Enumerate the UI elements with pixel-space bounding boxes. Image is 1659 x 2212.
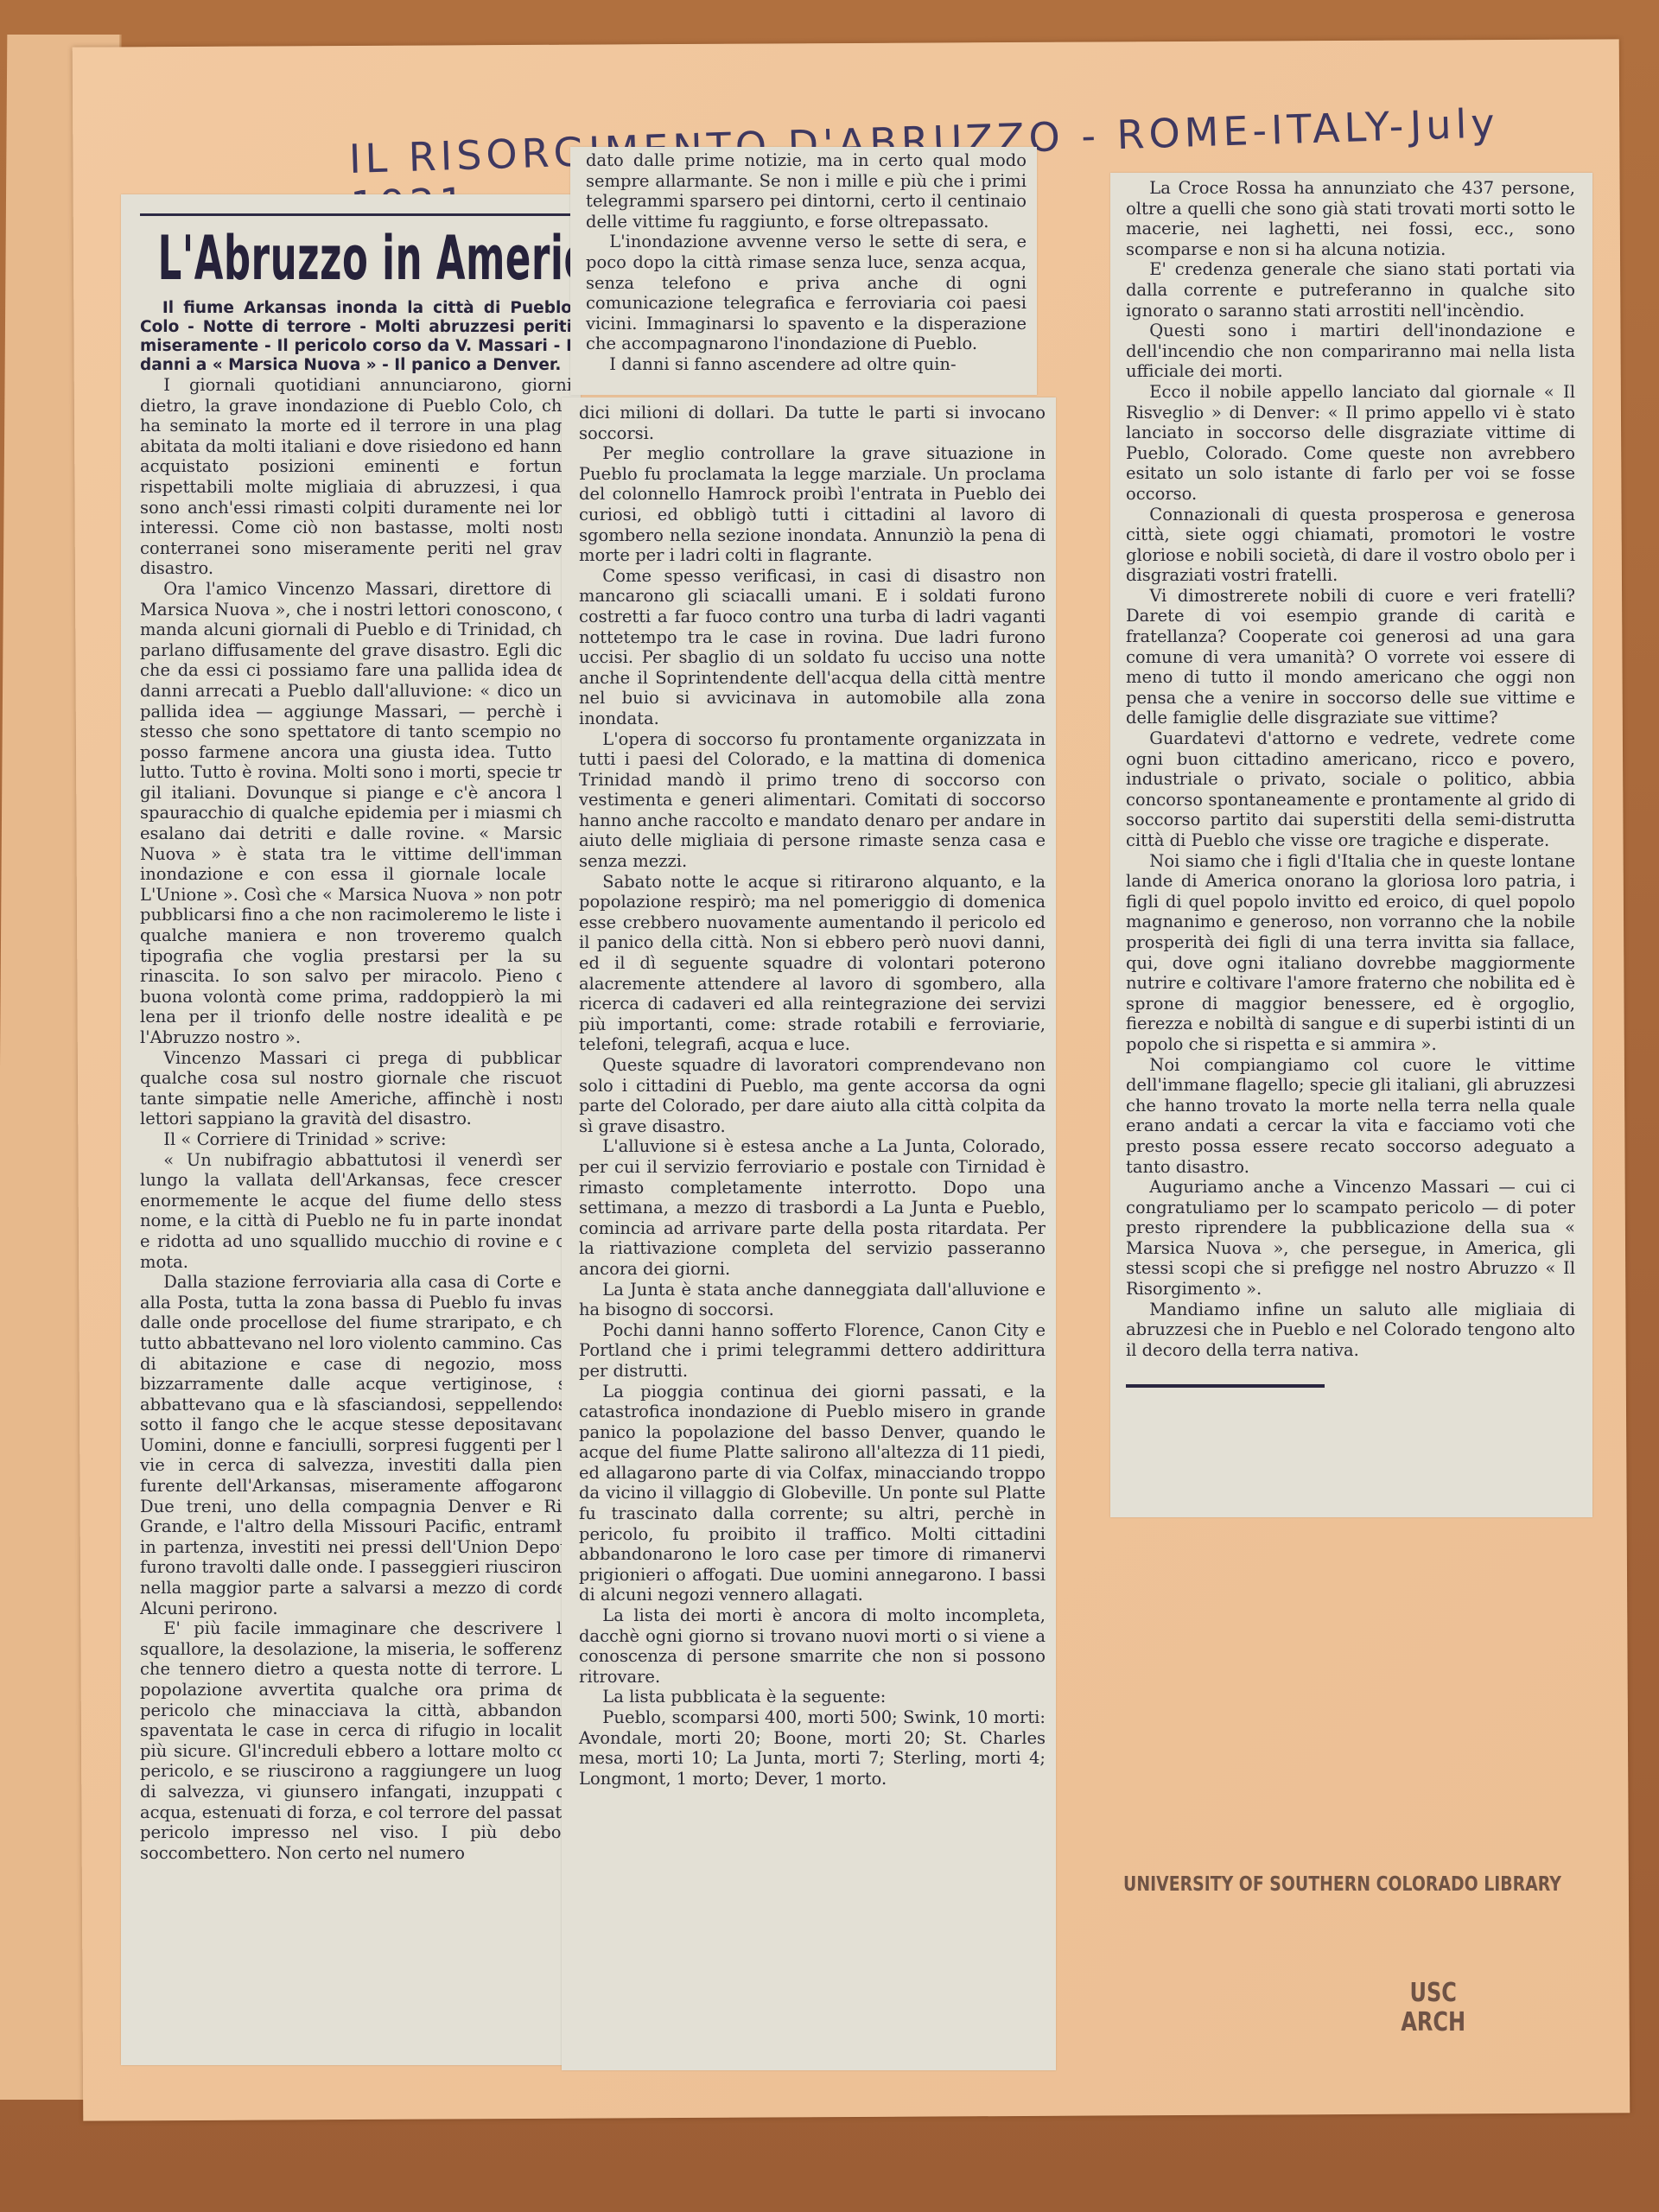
paragraph: Questi sono i martiri dell'inondazione e… bbox=[1126, 321, 1575, 382]
paragraph: Pueblo, scomparsi 400, morti 500; Swink,… bbox=[579, 1707, 1046, 1789]
paragraph: Noi siamo che i figli d'Italia che in qu… bbox=[1126, 851, 1575, 1055]
column-3-body: La Croce Rossa ha annunziato che 437 per… bbox=[1126, 178, 1575, 1360]
article-subhead: Il fiume Arkansas inonda la città di Pue… bbox=[140, 299, 572, 375]
paragraph: L'opera di soccorso fu prontamente organ… bbox=[579, 729, 1046, 872]
archive-stamp-line-2: ARCH bbox=[1401, 2008, 1465, 2037]
paragraph: dato dalle prime notizie, ma in certo qu… bbox=[586, 150, 1027, 232]
column-1-body: I giornali quotidiani annunciarono, gior… bbox=[140, 375, 572, 1863]
paragraph: Dalla stazione ferroviaria alla casa di … bbox=[140, 1272, 572, 1618]
paragraph: La Junta è stata anche danneggiata dall'… bbox=[579, 1280, 1046, 1320]
header-rule bbox=[140, 213, 572, 216]
paragraph: I giornali quotidiani annunciarono, gior… bbox=[140, 375, 572, 579]
paragraph: « Un nubifragio abbattutosi il venerdì s… bbox=[140, 1150, 572, 1273]
article-headline: L'Abruzzo in America bbox=[158, 223, 555, 294]
paragraph: Ecco il nobile appello lanciato dal gior… bbox=[1126, 382, 1575, 505]
article-end-rule bbox=[1126, 1384, 1325, 1388]
paragraph: L'inondazione avvenne verso le sette di … bbox=[586, 232, 1027, 354]
paragraph: Guardatevi d'attorno e vedrete, vedrete … bbox=[1126, 728, 1575, 851]
paragraph: L'alluvione si è estesa anche a La Junta… bbox=[579, 1136, 1046, 1279]
paragraph: Ora l'amico Vincenzo Massari, direttore … bbox=[140, 579, 572, 1048]
paragraph: Queste squadre di lavoratori comprendeva… bbox=[579, 1055, 1046, 1136]
paragraph: dici milioni di dollari. Da tutte le par… bbox=[579, 403, 1046, 443]
column-2-top-body: dato dalle prime notizie, ma in certo qu… bbox=[586, 150, 1027, 375]
archive-stamp-line-1: USC bbox=[1401, 1979, 1465, 2008]
paragraph: Mandiamo infine un saluto alle migliaia … bbox=[1126, 1300, 1575, 1361]
paragraph: Noi compiangiamo col cuore le vittime de… bbox=[1126, 1055, 1575, 1178]
paragraph: Sabato notte le acque si ritirarono alqu… bbox=[579, 872, 1046, 1055]
paragraph: Pochi danni hanno sofferto Florence, Can… bbox=[579, 1320, 1046, 1382]
paragraph: Il « Corriere di Trinidad » scrive: bbox=[140, 1129, 572, 1150]
paragraph: La lista pubblicata è la seguente: bbox=[579, 1687, 1046, 1707]
column-2-bottom-body: dici milioni di dollari. Da tutte le par… bbox=[579, 403, 1046, 1789]
paragraph: La pioggia continua dei giorni passati, … bbox=[579, 1382, 1046, 1606]
archive-stamp: USC ARCH bbox=[1401, 1979, 1465, 2037]
paragraph: Auguriamo anche a Vincenzo Massari — cui… bbox=[1126, 1177, 1575, 1300]
paragraph: Per meglio controllare la grave situazio… bbox=[579, 443, 1046, 566]
paragraph: E' credenza generale che siano stati por… bbox=[1126, 259, 1575, 321]
paragraph: Come spesso verificasi, in casi di disas… bbox=[579, 566, 1046, 729]
paragraph: E' più facile immaginare che descrivere … bbox=[140, 1618, 572, 1863]
paragraph: Vi dimostrerete nobili di cuore e veri f… bbox=[1126, 586, 1575, 728]
paragraph: La Croce Rossa ha annunziato che 437 per… bbox=[1126, 178, 1575, 259]
paragraph: Vincenzo Massari ci prega di pubblicare … bbox=[140, 1048, 572, 1129]
clipping-column-1: L'Abruzzo in America Il fiume Arkansas i… bbox=[121, 194, 581, 2065]
clipping-column-2-bottom: dici milioni di dollari. Da tutte le par… bbox=[562, 397, 1056, 2070]
paragraph: La lista dei morti è ancora di molto inc… bbox=[579, 1605, 1046, 1687]
paragraph: Connazionali di questa prosperosa e gene… bbox=[1126, 505, 1575, 586]
clipping-column-3: La Croce Rossa ha annunziato che 437 per… bbox=[1110, 173, 1592, 1517]
paragraph: I danni si fanno ascendere ad oltre quin… bbox=[586, 354, 1027, 375]
clipping-column-2-top: dato dalle prime notizie, ma in certo qu… bbox=[570, 147, 1037, 395]
library-stamp: UNIVERSITY OF SOUTHERN COLORADO LIBRARY bbox=[1123, 1873, 1561, 1896]
